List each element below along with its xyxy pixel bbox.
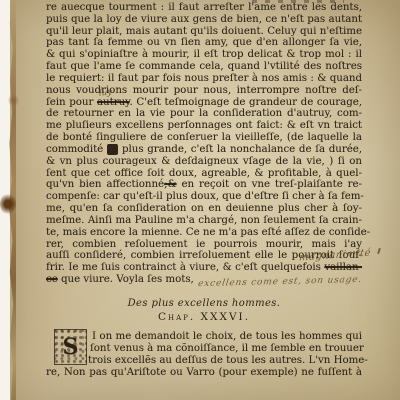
- text-line: compenſe: car qu'eſt-il plus doux, que d…: [46, 191, 362, 203]
- text-line: de retourner en la vie pour la conſidera…: [46, 108, 362, 120]
- text-line: puis que la loy de viure aux gens de bie…: [46, 14, 362, 26]
- text-line: me pluſieurs excellens perſonnages ont f…: [46, 120, 362, 132]
- text-line: de bonté ſinguliere de conſeruer la viei…: [46, 132, 362, 144]
- text-line: nous voudrions mourir pour nous, interro…: [46, 85, 362, 97]
- chapter-number: Chap. XXXVI.: [46, 311, 362, 323]
- text-line: & vn plus courageux & deſdaigneux vſage …: [46, 156, 362, 168]
- text-line: trois excellẽs au deſſus de tous les aut…: [88, 355, 362, 367]
- handwritten-correction-above-autruy: luy: [99, 87, 112, 98]
- text-line-with-blot: commodité la plus grande, c'eſt la nonch…: [46, 144, 362, 156]
- text-line: faut que l'ame ſe commande cela, quand l…: [46, 61, 362, 73]
- ink-stain-spot: [0, 193, 16, 215]
- text-line: ſent que cet office ſoit doux, agreable,…: [46, 168, 362, 180]
- text-line: I on me demandoit le choix, de tous les …: [92, 331, 362, 343]
- text-line: le requiert: il faut par fois nous preſt…: [46, 73, 362, 85]
- text-line-with-strikethrough: qu'vn bien affectionné;& en reçoit on vn…: [46, 179, 362, 191]
- text-line: me, qu'en ſa conſideration on en deuienn…: [46, 203, 362, 215]
- chapter-title: Des plus excellens hommes.: [46, 298, 362, 309]
- text-line-with-strikethrough: ſein pour autruy. C'eſt teſmoignage de g…: [46, 97, 362, 109]
- text-line: rer, combien reſoluement ie pourrois mou…: [46, 239, 362, 251]
- text-line: pas tant ſa femme ou vn ſien amy, que d'…: [46, 37, 362, 49]
- text-line: meſme. Ainſi ma Pauline m'a chargé, non …: [46, 215, 362, 227]
- paragraph-main: re auecque tourment : il faut arreſter l…: [46, 2, 362, 286]
- text-line: ſont venus à ma cõnoiſſance, il me ſembl…: [90, 343, 362, 355]
- text-line: qu'il leur plait, mais autant qu'ils doi…: [46, 26, 362, 38]
- text-line-with-strikethrough: frir. Ie me ſuis contrainct à viure, & c…: [46, 262, 362, 274]
- foxing-spot: [8, 94, 19, 107]
- text-line: re auecque tourment : il faut arreſter l…: [46, 2, 362, 14]
- text-line: & qui s'opiniaſtre à mourir, il eſt trop…: [46, 49, 362, 61]
- ornamental-initial-woodcut: S: [54, 329, 87, 365]
- text-line: re, Non pas qu'Ariſtote ou Varro (pour e…: [46, 367, 362, 379]
- text-line: te, mais encore la mienne. Ce ne m'a pas…: [46, 227, 362, 239]
